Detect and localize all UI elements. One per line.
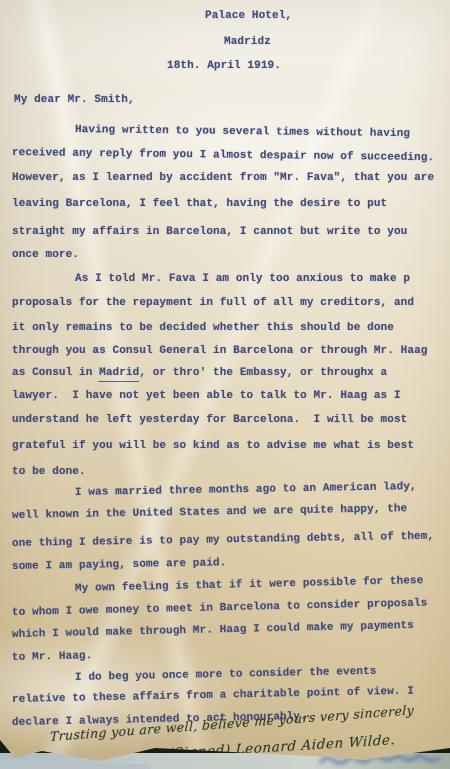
letter-heading-city: Madridz bbox=[224, 36, 271, 48]
typed-line: proposals for the repayment in full of a… bbox=[12, 297, 414, 309]
typed-line: leaving Barcelona, I feel that, having t… bbox=[12, 198, 387, 210]
typed-line: I do beg you once more to consider the e… bbox=[75, 666, 377, 684]
letter-paper: Palace Hotel, Madridz 18th. April 1919. … bbox=[0, 0, 450, 769]
typed-line: some I am paying, some are paid. bbox=[12, 557, 227, 573]
typed-line: which I would make through Mr. Haag I co… bbox=[12, 620, 414, 641]
letter-salutation: My dear Mr. Smith, bbox=[14, 94, 135, 106]
typed-line: relative to these affairs from a charita… bbox=[12, 686, 414, 706]
letter-photo: Palace Hotel, Madridz 18th. April 1919. … bbox=[0, 0, 450, 769]
typed-line: As I told Mr. Fava I am only too anxious… bbox=[75, 273, 410, 285]
underline-under-madrid bbox=[98, 381, 139, 382]
typed-line: to Mr. Haag. bbox=[12, 650, 93, 664]
typed-line: one thing I desire is to pay my outstand… bbox=[12, 531, 434, 550]
typed-line: I was married three months ago to an Ame… bbox=[75, 481, 417, 499]
typed-line: to whom I owe money to meet in Barcelona… bbox=[12, 598, 428, 619]
typed-line: it only remains to be decided whether th… bbox=[12, 322, 394, 334]
typed-line: to be done. bbox=[12, 466, 86, 478]
typed-line: grateful if you will be so kind as to ad… bbox=[12, 440, 414, 452]
typed-line: once more. bbox=[12, 249, 79, 261]
typed-line: through you as Consul General in Barcelo… bbox=[12, 345, 427, 357]
letter-heading-hotel: Palace Hotel, bbox=[205, 10, 292, 22]
letter-heading-date: 18th. April 1919. bbox=[167, 60, 281, 72]
typed-line: as Consul in Madrid, or thro' the Embass… bbox=[12, 367, 387, 379]
typed-line: understand he left yesterday for Barcelo… bbox=[12, 414, 407, 426]
typed-line: Having written to you several times with… bbox=[75, 124, 410, 140]
typed-line: However, as I learned by accident from "… bbox=[12, 172, 434, 184]
typed-line: lawyer. I have not yet been able to talk… bbox=[12, 390, 401, 402]
typed-line: received any reply from you I almost des… bbox=[12, 147, 434, 164]
typed-line: well known in the United States and we a… bbox=[12, 503, 408, 522]
typed-line: straight my affairs in Barcelona, I cann… bbox=[12, 226, 407, 238]
typed-line: My own feeling is that if it were possib… bbox=[75, 575, 424, 595]
